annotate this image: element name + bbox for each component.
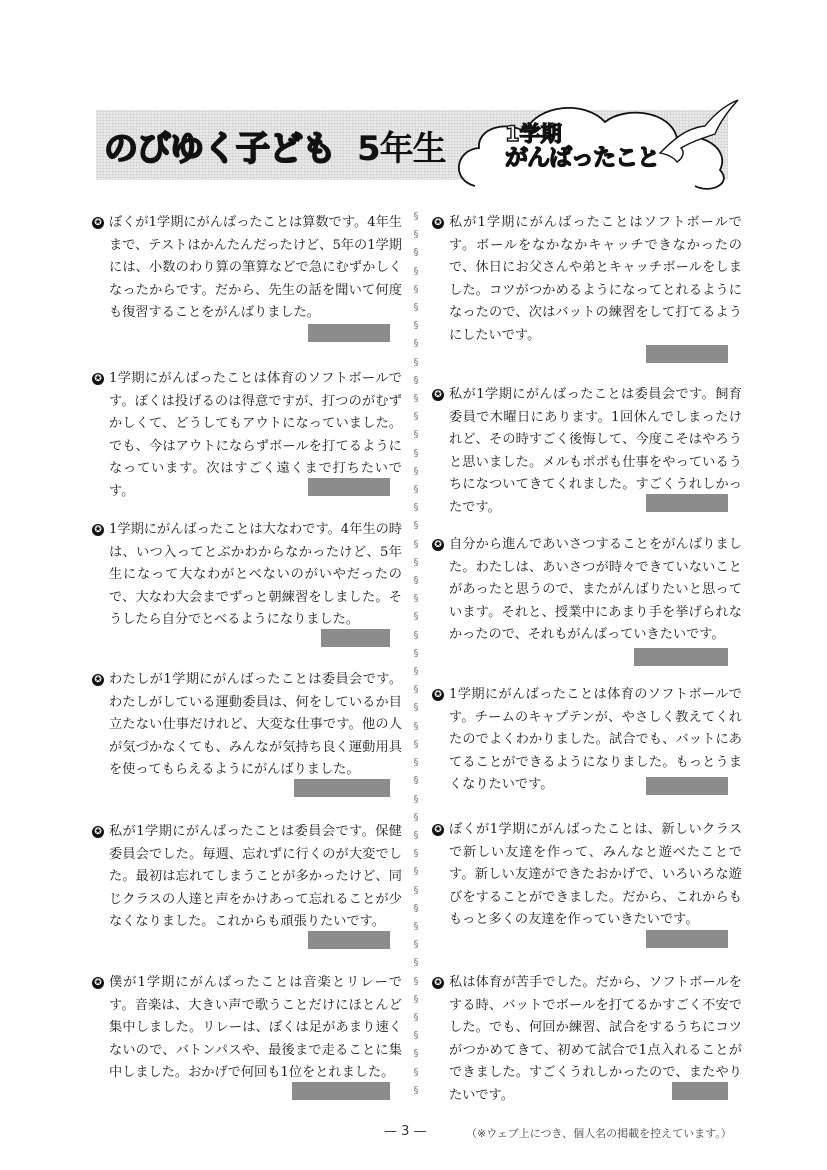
column-divider: §§§§§§§§§§ §§§§§§§§§§ §§§§§§§§§§ §§§§§§§… — [410, 208, 422, 1098]
ornament-icon: § — [414, 627, 419, 645]
ornament-icon: § — [414, 736, 419, 754]
ornament-icon: § — [414, 244, 419, 262]
entry-text: 私が1学期にがんばったことはソフトボールです。ボールをなかなかキャッチできなかっ… — [432, 212, 742, 348]
list-item: ✪ ぼくが1学期にがんばったことは、新しいクラスで新しい友達を作って、みんなと遊… — [432, 819, 742, 932]
ornament-icon: § — [414, 863, 419, 881]
ornament-icon: § — [414, 845, 419, 863]
ornament-icon: § — [414, 317, 419, 335]
ornament-icon: § — [414, 445, 419, 463]
name-redaction — [672, 1082, 728, 1100]
ornament-icon: § — [414, 390, 419, 408]
list-item: ✪ 1学期にがんばったことは体育のソフトボールです。チームのキャプテンが、やさし… — [432, 684, 742, 797]
title-grade: 5年生 — [357, 121, 446, 170]
entry-text: ぼくが1学期にがんばったことは算数です。4年生まで、テストはかんたんだったけど、… — [92, 212, 402, 325]
name-redaction — [292, 1082, 390, 1100]
ornament-icon: § — [414, 718, 419, 736]
ornament-icon: § — [414, 791, 419, 809]
name-redaction — [308, 324, 390, 342]
page-number: — 3 — — [384, 1124, 427, 1139]
entry-text: 私が1学期にがんばったことは委員会です。保健委員会でした。毎週、忘れずに行くのが… — [92, 821, 402, 934]
name-redaction — [308, 931, 390, 949]
name-redaction — [294, 779, 390, 797]
ornament-icon: § — [414, 281, 419, 299]
list-item: ✪ 私が1学期にがんばったことは委員会です。保健委員会でした。毎週、忘れずに行く… — [92, 821, 402, 934]
ornament-icon: § — [414, 1082, 419, 1100]
name-redaction — [646, 494, 728, 512]
name-redaction — [308, 478, 390, 496]
name-redaction — [646, 345, 728, 363]
ornament-icon: § — [414, 663, 419, 681]
entry-text: 自分から進んであいさつすることをがんばりました。わたしは、あいさつが時々できてい… — [432, 534, 742, 647]
name-redaction — [321, 629, 390, 647]
ornament-icon: § — [414, 426, 419, 444]
ornament-icon: § — [414, 699, 419, 717]
entry-text: 1学期にがんばったことは大なわです。4年生の時は、いつ入ってとぶかわからなかった… — [92, 519, 402, 632]
ornament-icon: § — [414, 991, 419, 1009]
ornament-icon: § — [414, 208, 419, 226]
ornament-icon: § — [414, 681, 419, 699]
list-item: ✪ わたしが1学期にがんばったことは委員会です。わたしがしている運動委員は、何を… — [92, 669, 402, 782]
ornament-icon: § — [414, 809, 419, 827]
ornament-icon: § — [414, 918, 419, 936]
cloud-subtitle: 1学期 がんばったこと — [505, 122, 659, 170]
ornament-icon: § — [414, 554, 419, 572]
ornament-icon: § — [414, 954, 419, 972]
ornament-icon: § — [414, 900, 419, 918]
ornament-icon: § — [414, 973, 419, 991]
ornament-icon: § — [414, 754, 419, 772]
ornament-icon: § — [414, 1045, 419, 1063]
name-redaction — [646, 930, 728, 948]
list-item: ✪ 1学期にがんばったことは体育のソフトボールです。ぼくは投げるのは得意ですが、… — [92, 368, 402, 504]
ornament-icon: § — [414, 263, 419, 281]
ornament-icon: § — [414, 408, 419, 426]
list-item: ✪ 僕が1学期にがんばったことは音楽とリレーです。音楽は、大きい声で歌うことだけ… — [92, 972, 402, 1085]
list-item: ✪ 1学期にがんばったことは大なわです。4年生の時は、いつ入ってとぶかわからなか… — [92, 519, 402, 632]
ornament-icon: § — [414, 882, 419, 900]
list-item: ✪ 私が1学期にがんばったことは委員会です。飼育委員で木曜日にあります。1回休ん… — [432, 384, 742, 520]
entry-text: わたしが1学期にがんばったことは委員会です。わたしがしている運動委員は、何をして… — [92, 669, 402, 782]
ornament-icon: § — [414, 517, 419, 535]
ornament-icon: § — [414, 1027, 419, 1045]
ornament-icon: § — [414, 645, 419, 663]
ornament-icon: § — [414, 499, 419, 517]
name-redaction — [634, 648, 728, 666]
ornament-icon: § — [414, 608, 419, 626]
subtitle-term: 1学期 — [505, 122, 659, 146]
footer-note: （※ウェブ上につき、個人名の掲載を控えています。） — [466, 1125, 732, 1141]
subtitle-phrase: がんばったこと — [505, 146, 659, 170]
page-title: のびゆく子ども 5年生 — [104, 120, 446, 170]
list-item: ✪ ぼくが1学期にがんばったことは算数です。4年生まで、テストはかんたんだったけ… — [92, 212, 402, 325]
title-main: のびゆく子ども — [104, 121, 335, 170]
ornament-icon: § — [414, 590, 419, 608]
ornament-icon: § — [414, 936, 419, 954]
entry-text: 僕が1学期にがんばったことは音楽とリレーです。音楽は、大きい声で歌うことだけにほ… — [92, 972, 402, 1085]
list-item: ✪ 私が1学期にがんばったことはソフトボールです。ボールをなかなかキャッチできな… — [432, 212, 742, 348]
list-item: ✪ 私は体育が苦手でした。だから、ソフトボールをする時、バットでボールを打てるか… — [432, 972, 742, 1108]
ornament-icon: § — [414, 299, 419, 317]
ornament-icon: § — [414, 827, 419, 845]
ornament-icon: § — [414, 226, 419, 244]
ornament-icon: § — [414, 335, 419, 353]
ornament-icon: § — [414, 354, 419, 372]
ornament-icon: § — [414, 463, 419, 481]
ornament-icon: § — [414, 572, 419, 590]
ornament-icon: § — [414, 1009, 419, 1027]
entry-text: ぼくが1学期にがんばったことは、新しいクラスで新しい友達を作って、みんなと遊べた… — [432, 819, 742, 932]
list-item: ✪ 自分から進んであいさつすることをがんばりました。わたしは、あいさつが時々でき… — [432, 534, 742, 647]
ornament-icon: § — [414, 481, 419, 499]
ornament-icon: § — [414, 1064, 419, 1082]
ornament-icon: § — [414, 772, 419, 790]
ornament-icon: § — [414, 372, 419, 390]
name-redaction — [646, 777, 728, 795]
ornament-icon: § — [414, 536, 419, 554]
